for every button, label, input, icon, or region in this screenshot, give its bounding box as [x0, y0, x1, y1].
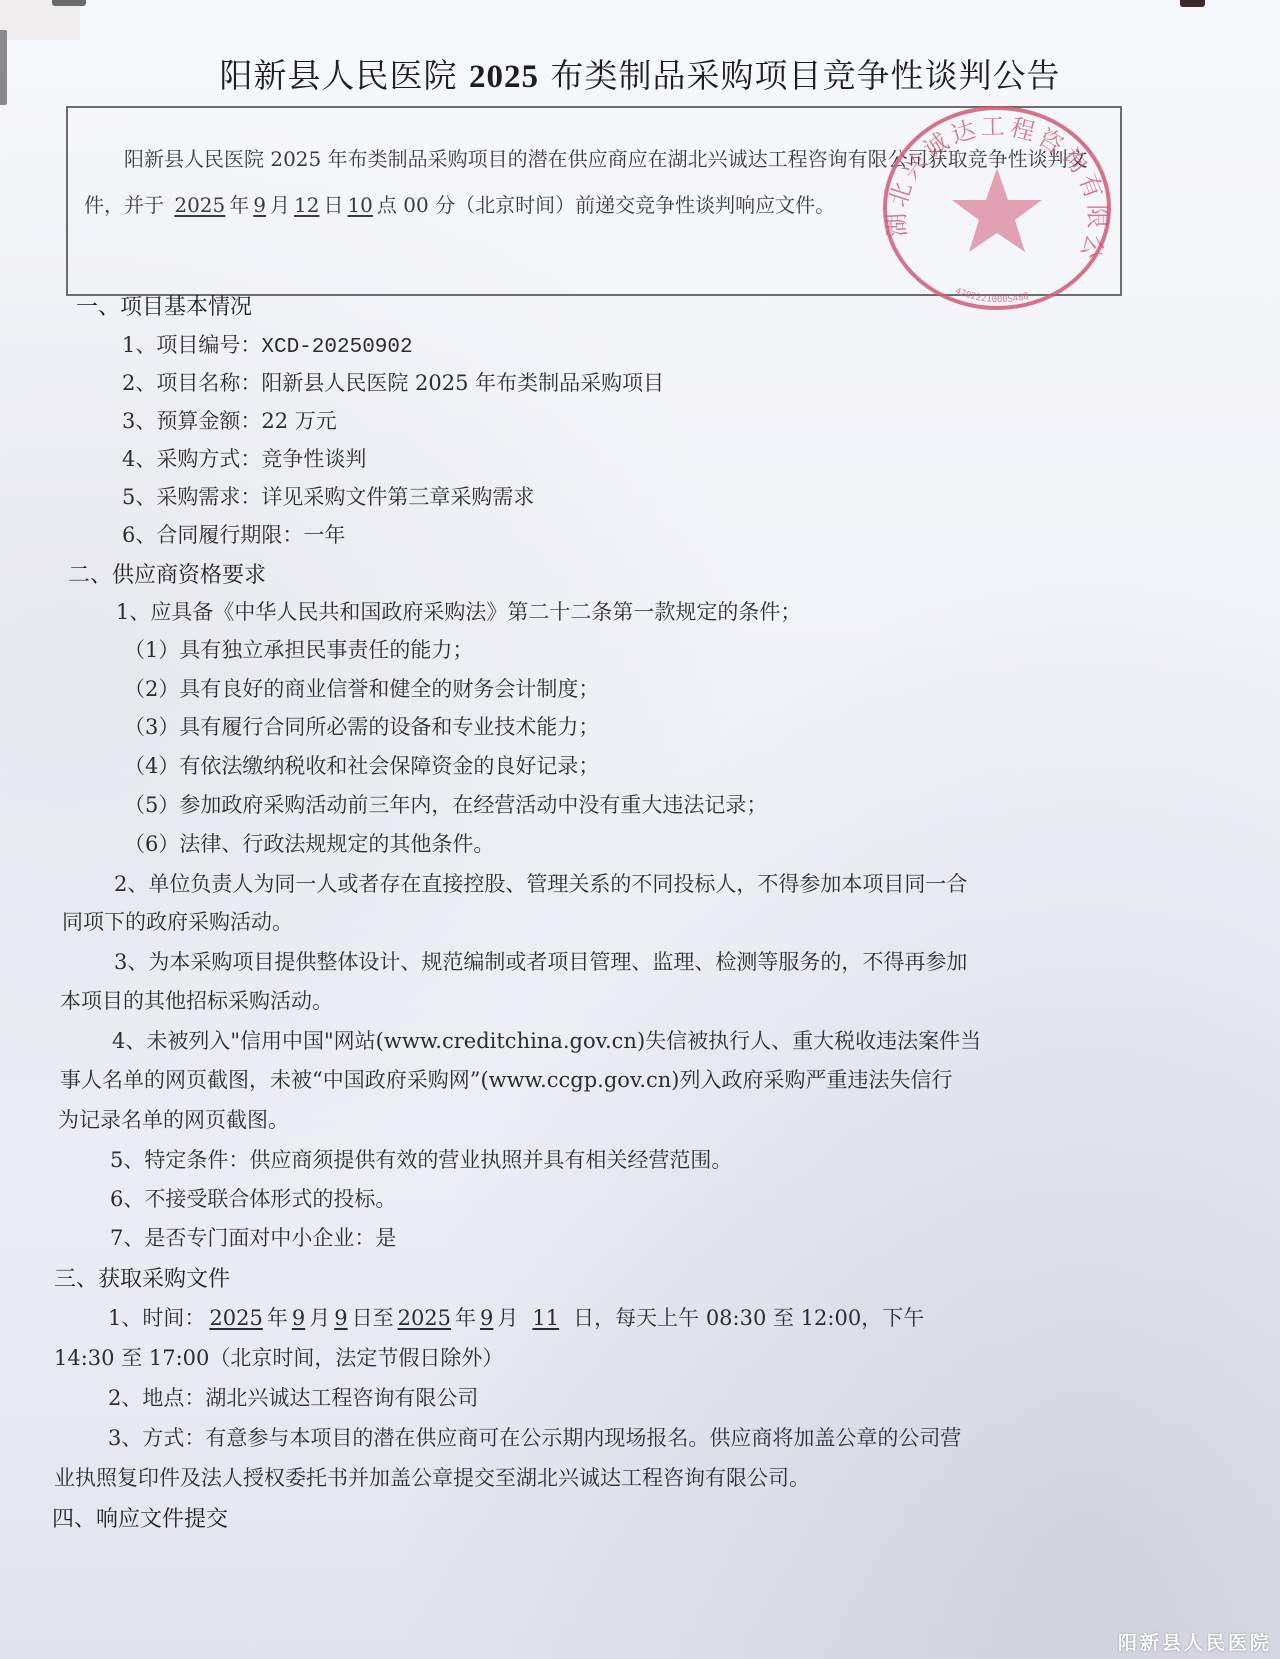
condition-item: （1）具有独立承担民事责任的能力； — [124, 634, 473, 664]
project-number: 1、项目编号：XCD-20250902 — [122, 329, 413, 359]
document-collection-method-cont: 业执照复印件及法人授权委托书并加盖公章提交至湖北兴诚达工程咨询有限公司。 — [54, 1462, 810, 1492]
qualification-item-5: 5、特定条件：供应商须提供有效的营业执照并具有相关经营范围。 — [110, 1144, 732, 1174]
photo-edge-artifact — [0, 0, 80, 40]
contract-period: 6、合同履行期限：一年 — [122, 519, 345, 549]
procurement-requirements: 5、采购需求：详见采购文件第三章采购需求 — [122, 481, 534, 511]
notice-box: 阳新县人民医院 2025 年布类制品采购项目的潜在供应商应在湖北兴诚达工程咨询有… — [66, 106, 1122, 296]
document-collection-time-cont: 14:30 至 17:00（北京时间，法定节假日除外） — [54, 1342, 503, 1372]
document-collection-method: 3、方式：有意参与本项目的潜在供应商可在公示期内现场报名。供应商将加盖公章的公司… — [108, 1422, 961, 1452]
section-heading-supplier-qualifications: 二、供应商资格要求 — [68, 558, 266, 589]
document-collection-time: 1、时间：2025年9月9日至2025年9月11日，每天上午 08:30 至 1… — [108, 1302, 924, 1332]
project-name: 2、项目名称：阳新县人民医院 2025 年布类制品采购项目 — [122, 367, 664, 397]
condition-item: （2）具有良好的商业信誉和健全的财务会计制度； — [124, 673, 599, 703]
qualification-item-2-cont: 同项下的政府采购活动。 — [62, 906, 293, 936]
photo-edge-artifact — [1180, 0, 1205, 7]
qualification-item-4-cont: 事人名单的网页截图，未被“中国政府采购网”(www.ccgp.gov.cn)列入… — [60, 1064, 952, 1094]
qualification-item-3: 3、为本采购项目提供整体设计、规范编制或者项目管理、监理、检测等服务的，不得再参… — [114, 946, 967, 976]
qualification-item-7: 7、是否专门面对中小企业：是 — [110, 1222, 396, 1252]
qualification-item-2: 2、单位负责人为同一人或者存在直接控股、管理关系的不同投标人，不得参加本项目同一… — [114, 868, 967, 898]
section-heading-obtain-documents: 三、获取采购文件 — [54, 1262, 230, 1293]
document-title: 阳新县人民医院 2025 布类制品采购项目竞争性谈判公告 — [0, 50, 1280, 97]
qualification-item-4: 4、未被列入"信用中国"网站(www.creditchina.gov.cn)失信… — [112, 1025, 981, 1055]
condition-item: （5）参加政府采购活动前三年内，在经营活动中没有重大违法记录； — [124, 789, 767, 819]
photo-edge-artifact — [52, 0, 86, 6]
budget-amount: 3、预算金额：22 万元 — [122, 405, 337, 435]
procurement-method: 4、采购方式：竞争性谈判 — [122, 443, 366, 473]
watermark: 阳新县人民医院 — [1118, 1628, 1272, 1655]
condition-item: （4）有依法缴纳税收和社会保障资金的良好记录； — [124, 750, 599, 780]
section-heading-project-info: 一、项目基本情况 — [76, 290, 252, 321]
qualification-item-3-cont: 本项目的其他招标采购活动。 — [60, 985, 333, 1015]
condition-item: （3）具有履行合同所必需的设备和专业技术能力； — [124, 711, 599, 741]
qualification-item-1: 1、应具备《中华人民共和国政府采购法》第二十二条第一款规定的条件； — [116, 596, 801, 626]
section-heading-response-submission: 四、响应文件提交 — [52, 1502, 228, 1533]
qualification-item-4-cont: 为记录名单的网页截图。 — [58, 1104, 289, 1134]
condition-item: （6）法律、行政法规规定的其他条件。 — [124, 828, 494, 858]
document-collection-location: 2、地点：湖北兴诚达工程咨询有限公司 — [108, 1382, 478, 1412]
qualification-item-6: 6、不接受联合体形式的投标。 — [110, 1183, 396, 1213]
notice-text: 阳新县人民医院 2025 年布类制品采购项目的潜在供应商应在湖北兴诚达工程咨询有… — [84, 136, 1094, 228]
